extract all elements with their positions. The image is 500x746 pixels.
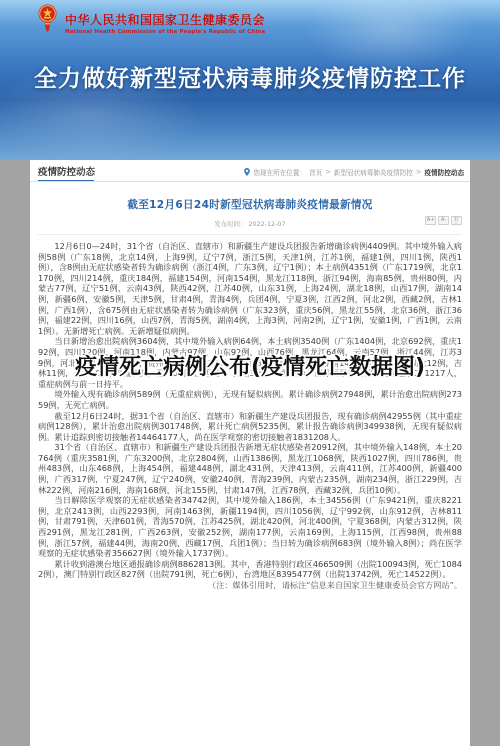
breadcrumb-separator: > [325, 168, 331, 176]
section-title: 疫情防控动态 [38, 164, 95, 178]
browser-viewport: 中华人民共和国国家卫生健康委员会 National Health Commiss… [0, 0, 500, 746]
paragraph-new-confirmed: 12月6日0—24时，31个省（自治区、直辖市）和新疆生产建设兵团报告新增确诊病… [38, 241, 462, 336]
paragraph-asymptomatic-new: 31个省（自治区、直辖市）和新疆生产建设兵团报告新增无症状感染者20912例，其… [38, 442, 462, 495]
agency-name-cn: 中华人民共和国国家卫生健康委员会 [65, 13, 265, 27]
paragraph-cumulative-totals: 截至12月6日24时，据31个省（自治区、直辖市）和新疆生产建设兵团报告，现有确… [38, 411, 462, 443]
site-banner: 中华人民共和国国家卫生健康委员会 National Health Commiss… [0, 0, 500, 160]
breadcrumb: 您现在所在位置： 首页 > 新型冠状病毒肺炎疫情防控 > 疫情防控动态 [244, 167, 464, 177]
breadcrumb-current: 疫情防控动态 [424, 167, 464, 177]
agency-name-en: National Health Commission of the People… [65, 29, 265, 35]
agency-names: 中华人民共和国国家卫生健康委员会 National Health Commiss… [65, 4, 265, 35]
banner-slogan: 全力做好新型冠状病毒肺炎疫情防控工作 [0, 60, 500, 93]
paragraph-imported-active: 境外输入现有确诊病例589例（无重症病例），无现有疑似病例。累计确诊病例2794… [38, 389, 462, 410]
breadcrumb-epidemic-control[interactable]: 新型冠状病毒肺炎疫情防控 [334, 167, 413, 177]
font-increase-button[interactable]: A+ [425, 216, 436, 225]
article-title: 截至12月6日24时新型冠状病毒肺炎疫情最新情况 [38, 197, 462, 212]
watermark-text: 疫情死亡病例公布(疫情死亡数据图) [38, 350, 462, 381]
agency-header[interactable]: 中华人民共和国国家卫生健康委员会 National Health Commiss… [38, 4, 265, 35]
article-body: 12月6日0—24时，31个省（自治区、直辖市）和新疆生产建设兵团报告新增确诊病… [38, 241, 462, 591]
paragraph-hk-macao-taiwan: 累计收到港澳台地区通报确诊病例8862813例。其中，香港特别行政区466509… [38, 559, 462, 580]
article-toolbar: A+ A- 打印 [425, 216, 462, 225]
section-bar: 疫情防控动态 您现在所在位置： 首页 > 新型冠状病毒肺炎疫情防控 > 疫情防控… [30, 160, 470, 182]
section-divider-line [30, 181, 470, 182]
font-decrease-button[interactable]: A- [438, 216, 449, 225]
breadcrumb-separator: > [416, 168, 422, 176]
title-divider-line [38, 234, 462, 235]
article-meta-row: 发布时间： 2022-12-07 A+ A- 打印 [38, 212, 462, 234]
publish-label: 发布时间： [214, 220, 246, 228]
page-content: 疫情防控动态 您现在所在位置： 首页 > 新型冠状病毒肺炎疫情防控 > 疫情防控… [30, 160, 470, 746]
article: 截至12月6日24时新型冠状病毒肺炎疫情最新情况 发布时间： 2022-12-0… [30, 197, 470, 591]
location-pin-icon [244, 168, 250, 176]
breadcrumb-prefix: 您现在所在位置： [253, 167, 306, 177]
print-button[interactable]: 打印 [451, 216, 462, 225]
paragraph-asymptomatic-released: 当日解除医学观察的无症状感染者34742例，其中境外输入186例，本土34556… [38, 495, 462, 559]
national-emblem-icon [38, 4, 57, 35]
citation-note: （注：媒体引用时，请标注“信息来自国家卫生健康委员会官方网站”。 [38, 580, 462, 591]
breadcrumb-home[interactable]: 首页 [309, 167, 322, 177]
publish-date: 2022-12-07 [248, 220, 285, 228]
publish-time: 发布时间： 2022-12-07 [38, 219, 462, 228]
